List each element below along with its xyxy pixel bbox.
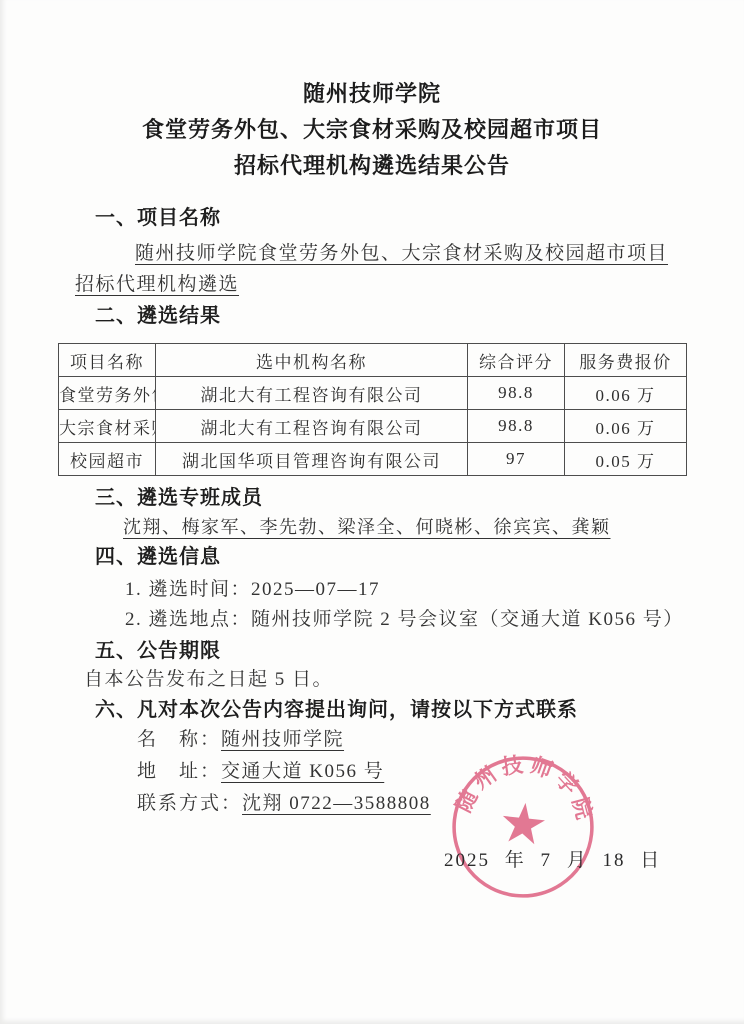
- contact-address-line: 地 址：交通大道 K056 号: [137, 756, 744, 788]
- section-5-heading: 五、公告期限: [95, 637, 744, 665]
- cell-overall-score: 97: [468, 443, 565, 476]
- table-row: 校园超市 湖北国华项目管理咨询有限公司 97 0.05 万: [59, 443, 687, 476]
- cell-agency-name: 湖北大有工程咨询有限公司: [156, 410, 468, 443]
- contact-name-line: 名 称：随州技师学院: [137, 724, 744, 756]
- announcement-period-line: 自本公告发布之日起 5 日。: [84, 665, 744, 694]
- project-name-text-1: 随州技师学院食堂劳务外包、大宗食材采购及校园超市项目: [135, 243, 668, 264]
- cell-agency-name: 湖北大有工程咨询有限公司: [156, 377, 468, 410]
- contact-phone-line: 联系方式：沈翔 0722—3588808: [137, 788, 744, 820]
- section-1-heading: 一、项目名称: [95, 204, 744, 232]
- cell-service-fee: 0.05 万: [565, 443, 687, 476]
- selection-results-table: 项目名称 选中机构名称 综合评分 服务费报价 食堂劳务外包 湖北大有工程咨询有限…: [58, 343, 687, 476]
- cell-service-fee: 0.06 万: [565, 410, 687, 443]
- contact-address-value: 交通大道 K056 号: [221, 761, 384, 782]
- project-name-line-2: 招标代理机构遴选: [75, 269, 744, 300]
- header-project-name: 项目名称: [59, 344, 156, 377]
- contact-address-label: 地 址：: [137, 761, 221, 782]
- project-name-line-1: 随州技师学院食堂劳务外包、大宗食材采购及校园超市项目: [135, 238, 744, 269]
- cell-overall-score: 98.8: [468, 410, 565, 443]
- header-overall-score: 综合评分: [468, 344, 565, 377]
- cell-project-name: 食堂劳务外包: [59, 377, 156, 410]
- cell-overall-score: 98.8: [468, 377, 565, 410]
- doc-title-line-2: 食堂劳务外包、大宗食材采购及校园超市项目: [0, 112, 744, 148]
- official-seal-stamp: 随州技师学院: [439, 743, 606, 910]
- cell-service-fee: 0.06 万: [565, 377, 687, 410]
- contact-phone-value: 沈翔 0722—3588808: [242, 793, 431, 814]
- section-6-heading: 六、凡对本次公告内容提出询问，请按以下方式联系: [95, 696, 744, 724]
- table-header-row: 项目名称 选中机构名称 综合评分 服务费报价: [59, 344, 687, 377]
- cell-agency-name: 湖北国华项目管理咨询有限公司: [156, 443, 468, 476]
- cell-project-name: 大宗食材采购: [59, 410, 156, 443]
- issue-date: 2025 年 7 月 18 日: [444, 845, 661, 872]
- selection-time-line: 1. 遴选时间：2025—07—17: [125, 575, 744, 605]
- header-agency-name: 选中机构名称: [156, 344, 468, 377]
- project-name-text-2: 招标代理机构遴选: [75, 274, 239, 295]
- cell-project-name: 校园超市: [59, 443, 156, 476]
- table-row: 大宗食材采购 湖北大有工程咨询有限公司 98.8 0.06 万: [59, 410, 687, 443]
- selection-place-line: 2. 遴选地点：随州技师学院 2 号会议室（交通大道 K056 号）: [125, 605, 744, 635]
- header-service-fee: 服务费报价: [565, 344, 687, 377]
- table-row: 食堂劳务外包 湖北大有工程咨询有限公司 98.8 0.06 万: [59, 377, 687, 410]
- team-members-text: 沈翔、梅家军、李先勃、梁泽全、何晓彬、徐宾宾、龚颖: [123, 517, 611, 537]
- contact-phone-label: 联系方式：: [137, 793, 242, 814]
- doc-title-line-3: 招标代理机构遴选结果公告: [0, 148, 744, 184]
- section-4-heading: 四、遴选信息: [95, 543, 744, 571]
- star-icon: [500, 801, 546, 846]
- doc-title-line-1: 随州技师学院: [0, 76, 744, 112]
- section-3-heading: 三、遴选专班成员: [95, 484, 744, 512]
- contact-name-label: 名 称：: [137, 729, 221, 750]
- section-2-heading: 二、遴选结果: [95, 302, 744, 330]
- contact-name-value: 随州技师学院: [221, 729, 344, 750]
- document-page: 随州技师学院 食堂劳务外包、大宗食材采购及校园超市项目 招标代理机构遴选结果公告…: [0, 0, 744, 1024]
- team-members-line: 沈翔、梅家军、李先勃、梁泽全、何晓彬、徐宾宾、龚颖: [123, 512, 744, 543]
- doc-title: 随州技师学院 食堂劳务外包、大宗食材采购及校园超市项目 招标代理机构遴选结果公告: [0, 0, 744, 184]
